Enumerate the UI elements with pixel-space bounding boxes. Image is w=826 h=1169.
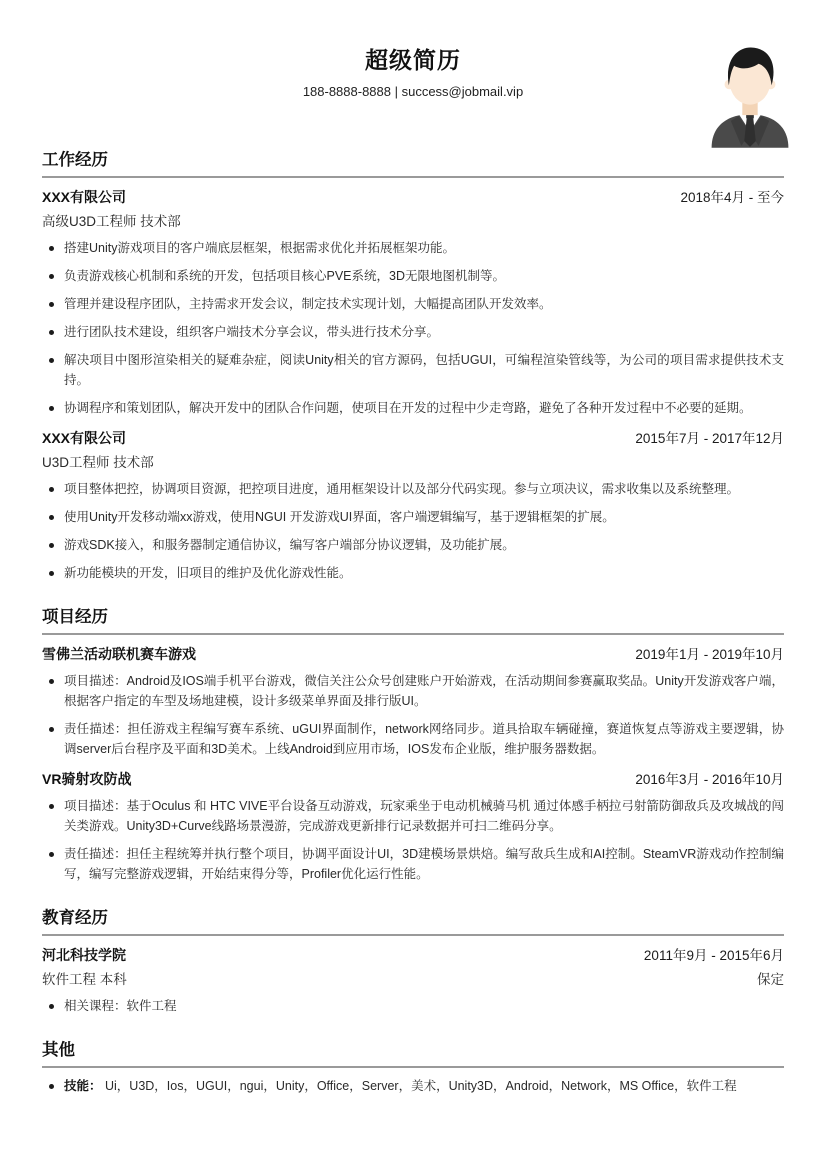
section-projects: 项目经历 雪佛兰活动联机赛车游戏 2019年1月 - 2019年10月 项目描述… xyxy=(42,607,784,884)
entry-date: 2015年7月 - 2017年12月 xyxy=(635,430,784,447)
skills-text: Ui，U3D，Ios，UGUI，ngui，Unity，Office，Server… xyxy=(102,1079,737,1093)
role-text: 高级U3D工程师 技术部 xyxy=(42,213,181,230)
bullet-item: 管理并建设程序团队，主持需求开发会议，制定技术实现计划，大幅提高团队开发效率。 xyxy=(42,294,784,314)
role-text: U3D工程师 技术部 xyxy=(42,454,154,471)
bullet-item: 搭建Unity游戏项目的客户端底层框架，根据需求优化并拓展框架功能。 xyxy=(42,238,784,258)
major-degree: 软件工程 本科 xyxy=(42,971,127,988)
bullet-item: 项目描述：Android及IOS端手机平台游戏，微信关注公众号创建账户开始游戏，… xyxy=(42,671,784,711)
work-entry-2: XXX有限公司 2015年7月 - 2017年12月 U3D工程师 技术部 项目… xyxy=(42,430,784,583)
entry-header: XXX有限公司 2015年7月 - 2017年12月 xyxy=(42,430,784,447)
bullet-item: 游戏SDK接入，和服务器制定通信协议，编写客户端部分协议逻辑，及功能扩展。 xyxy=(42,535,784,555)
section-heading-education: 教育经历 xyxy=(42,908,784,936)
school-name: 河北科技学院 xyxy=(42,947,126,964)
bullet-item: 责任描述：担任游戏主程编写赛车系统、uGUI界面制作，network网络同步。道… xyxy=(42,719,784,759)
bullet-list: 项目描述：Android及IOS端手机平台游戏，微信关注公众号创建账户开始游戏，… xyxy=(42,671,784,759)
company-name: XXX有限公司 xyxy=(42,189,126,206)
entry-date: 2018年4月 - 至今 xyxy=(680,189,784,206)
skills-item: 技能： Ui，U3D，Ios，UGUI，ngui，Unity，Office，Se… xyxy=(42,1076,784,1096)
avatar-illustration xyxy=(702,42,798,148)
entry-date: 2016年3月 - 2016年10月 xyxy=(635,771,784,788)
bullet-item: 相关课程：软件工程 xyxy=(42,996,784,1016)
role-title: 高级U3D工程师 技术部 xyxy=(42,213,784,230)
entry-header: VR骑射攻防战 2016年3月 - 2016年10月 xyxy=(42,771,784,788)
project-entry-1: 雪佛兰活动联机赛车游戏 2019年1月 - 2019年10月 项目描述：Andr… xyxy=(42,646,784,759)
bullet-item: 进行团队技术建设，组织客户端技术分享会议，带头进行技术分享。 xyxy=(42,322,784,342)
section-other: 其他 技能： Ui，U3D，Ios，UGUI，ngui，Unity，Office… xyxy=(42,1040,784,1096)
bullet-item: 项目描述：基于Oculus 和 HTC VIVE平台设备互动游戏，玩家乘坐于电动… xyxy=(42,796,784,836)
degree-row: 软件工程 本科 保定 xyxy=(42,971,784,988)
section-heading-work: 工作经历 xyxy=(42,150,784,178)
section-education: 教育经历 河北科技学院 2011年9月 - 2015年6月 软件工程 本科 保定… xyxy=(42,908,784,1016)
skills-label: 技能： xyxy=(64,1079,102,1093)
bullet-item: 负责游戏核心机制和系统的开发，包括项目核心PVE系统，3D无限地图机制等。 xyxy=(42,266,784,286)
project-entry-2: VR骑射攻防战 2016年3月 - 2016年10月 项目描述：基于Oculus… xyxy=(42,771,784,884)
avatar xyxy=(702,42,798,148)
contact-info: 188-8888-8888 | success@jobmail.vip xyxy=(42,83,784,100)
resume-header: 超级简历 188-8888-8888 | success@jobmail.vip xyxy=(42,0,784,100)
bullet-list: 搭建Unity游戏项目的客户端底层框架，根据需求优化并拓展框架功能。 负责游戏核… xyxy=(42,238,784,418)
entry-header: 雪佛兰活动联机赛车游戏 2019年1月 - 2019年10月 xyxy=(42,646,784,663)
entry-header: XXX有限公司 2018年4月 - 至今 xyxy=(42,189,784,206)
bullet-list: 项目整体把控，协调项目资源，把控项目进度，通用框架设计以及部分代码实现。参与立项… xyxy=(42,479,784,583)
entry-date: 2011年9月 - 2015年6月 xyxy=(644,947,784,964)
company-name: XXX有限公司 xyxy=(42,430,126,447)
section-work: 工作经历 XXX有限公司 2018年4月 - 至今 高级U3D工程师 技术部 搭… xyxy=(42,150,784,583)
education-entry: 河北科技学院 2011年9月 - 2015年6月 软件工程 本科 保定 相关课程… xyxy=(42,947,784,1016)
bullet-item: 项目整体把控，协调项目资源，把控项目进度，通用框架设计以及部分代码实现。参与立项… xyxy=(42,479,784,499)
project-name: 雪佛兰活动联机赛车游戏 xyxy=(42,646,196,663)
bullet-item: 使用Unity开发移动端xx游戏，使用NGUI 开发游戏UI界面，客户端逻辑编写… xyxy=(42,507,784,527)
bullet-item: 协调程序和策划团队，解决开发中的团队合作问题，使项目在开发的过程中少走弯路，避免… xyxy=(42,398,784,418)
school-location: 保定 xyxy=(757,971,784,988)
bullet-item: 新功能模块的开发，旧项目的维护及优化游戏性能。 xyxy=(42,563,784,583)
page-title: 超级简历 xyxy=(42,46,784,74)
section-heading-other: 其他 xyxy=(42,1040,784,1068)
bullet-item: 责任描述：担任主程统筹并执行整个项目，协调平面设计UI，3D建模场景烘焙。编写敌… xyxy=(42,844,784,884)
resume-page: 超级简历 188-8888-8888 | success@jobmail.vip xyxy=(0,0,826,1169)
section-heading-projects: 项目经历 xyxy=(42,607,784,635)
project-name: VR骑射攻防战 xyxy=(42,771,131,788)
work-entry-1: XXX有限公司 2018年4月 - 至今 高级U3D工程师 技术部 搭建Unit… xyxy=(42,189,784,418)
entry-date: 2019年1月 - 2019年10月 xyxy=(635,646,784,663)
bullet-list: 项目描述：基于Oculus 和 HTC VIVE平台设备互动游戏，玩家乘坐于电动… xyxy=(42,796,784,884)
bullet-item: 解决项目中图形渲染相关的疑难杂症，阅读Unity相关的官方源码，包括UGUI，可… xyxy=(42,350,784,390)
entry-header: 河北科技学院 2011年9月 - 2015年6月 xyxy=(42,947,784,964)
role-title: U3D工程师 技术部 xyxy=(42,454,784,471)
bullet-list: 相关课程：软件工程 xyxy=(42,996,784,1016)
bullet-list: 技能： Ui，U3D，Ios，UGUI，ngui，Unity，Office，Se… xyxy=(42,1076,784,1096)
